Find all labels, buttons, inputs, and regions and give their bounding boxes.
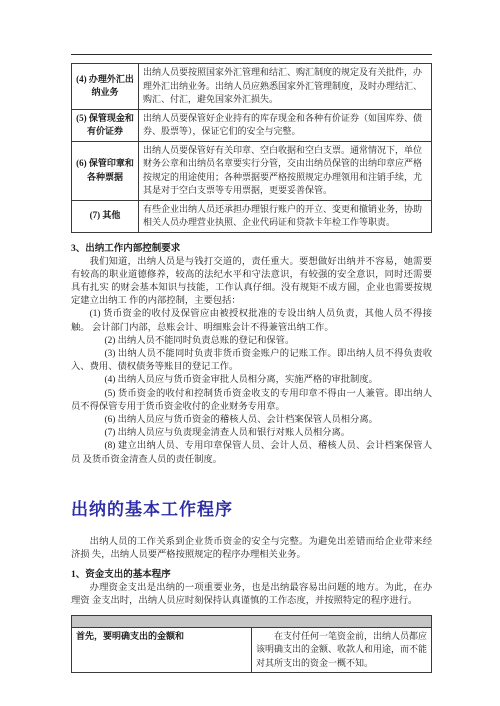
table-row: 首先，要明确支出的金额和 在支付任何一笔资金前，出纳人员都应该明确支出的金额、收… (72, 627, 432, 673)
table-row: (7) 其他 有些企业出纳人员还承担办理银行账户的开立、变更和撤销业务，协助相关… (72, 200, 432, 232)
duty-label: (5) 保管现金和有价证券 (72, 109, 139, 141)
table-row: (5) 保管现金和有价证券 出纳人员要保管好企业持有的库存现金和各种有价证券（如… (72, 109, 432, 141)
duty-description: 有些企业出纳人员还承担办理银行账户的开立、变更和撤销业务，协助相关人员办理营业执… (139, 200, 432, 232)
step-description-text: 在支付任何一笔资金前，出纳人员都应该明确支出的金额、收款人和用途，而不能对其所支… (256, 630, 427, 671)
duty-label: (4) 办理外汇出纳业务 (72, 64, 139, 110)
page-content: (4) 办理外汇出纳业务 出纳人员要按照国家外汇管理和结汇、购汇制度的规定及有关… (71, 0, 432, 673)
subsection-heading-fund-payment: 1、资金支出的基本程序 (71, 568, 432, 582)
control-item: (2) 出纳人员不能同时负责总账的登记和保管。 (71, 335, 432, 348)
chapter-intro-paragraph: 出纳人员的工作关系到企业货币资金的安全与完整。为避免出差错而给企业带来经济损 失… (71, 536, 432, 562)
duty-description: 出纳人员要按照国家外汇管理和结汇、购汇制度的规定及有关批件，办理外汇出纳业务。出… (139, 64, 432, 110)
duty-description: 出纳人员要保管好企业持有的库存现金和各种有价证券（如国库券、债券、股票等），保证… (139, 109, 432, 141)
control-item: (4) 出纳人员应与货币资金审批人员相分离，实施严格的审批制度。 (71, 374, 432, 387)
duty-description: 出纳人员要保管好有关印章、空白收据和空白支票。通常情况下，单位财务公章和出纳员名… (139, 141, 432, 200)
control-item: (8) 建立出纳人员、专用印章保管人员、会计人员、稽核人员、会计档案保管人员 及… (71, 440, 432, 466)
table-header-row (72, 615, 432, 627)
step-description: 在支付任何一笔资金前，出纳人员都应该明确支出的金额、收款人和用途，而不能对其所支… (252, 627, 432, 673)
chapter-title: 出纳的基本工作程序 (71, 495, 432, 520)
table-header-band (72, 615, 432, 627)
payment-steps-table: 首先，要明确支出的金额和 在支付任何一笔资金前，出纳人员都应该明确支出的金额、收… (71, 615, 432, 674)
control-item: (7) 出纳人员应与负责现金清查人员和银行对账人员相分离。 (71, 427, 432, 440)
table-row: (4) 办理外汇出纳业务 出纳人员要按照国家外汇管理和结汇、购汇制度的规定及有关… (72, 64, 432, 110)
table-row: (6) 保管印章和各种票据 出纳人员要保管好有关印章、空白收据和空白支票。通常情… (72, 141, 432, 200)
control-item: (3) 出纳人员不能同时负责非货币资金账户的记账工作。即出纳人员不得负责收入、费… (71, 348, 432, 374)
cashier-duties-table: (4) 办理外汇出纳业务 出纳人员要按照国家外汇管理和结汇、购汇制度的规定及有关… (71, 63, 432, 233)
section-intro-paragraph: 我们知道，出纳人员是与钱打交道的，责任重大。要想做好出纳并不容易，她需要有较高的… (71, 256, 432, 309)
top-divider (71, 54, 432, 55)
control-item: (6) 出纳人员应与货币资金的稽核人员、会计档案保管人员相分离。 (71, 414, 432, 427)
duty-label: (6) 保管印章和各种票据 (72, 141, 139, 200)
control-item: (1) 货币资金的收付及保管应由被授权批准的专设出纳人员负责，其他人员不得接触。… (71, 308, 432, 334)
duty-label: (7) 其他 (72, 200, 139, 232)
section-heading-internal-control: 3、出纳工作内部控制要求 (71, 243, 432, 256)
control-item: (5) 货币资金的收付和控制货币资金收支的专用印章不得由一人兼管。即出纳人员不得… (71, 388, 432, 414)
document-page: { "page": { "heading_color": "#2a2aa6", … (0, 0, 500, 706)
subsection-intro-paragraph: 办理资金支出是出纳的一项重要业务，也是出纳最容易出问题的地方。为此，在办理资 金… (71, 582, 432, 608)
step-label: 首先，要明确支出的金额和 (72, 627, 252, 673)
